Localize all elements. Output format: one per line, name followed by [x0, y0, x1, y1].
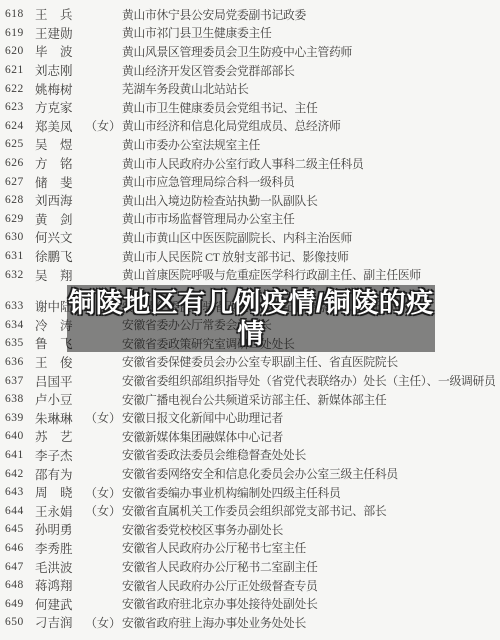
person-name: 储 斐	[35, 173, 85, 191]
person-name: 方 铭	[35, 154, 85, 172]
position-title: 安徽省委网络安全和信息化委员会办公室三级主任科员	[122, 465, 500, 482]
position-title: 安徽省直属机关工作委员会组织部党支部书记、部长	[122, 502, 500, 519]
person-name: 卢小豆	[35, 390, 85, 408]
table-row: 639 朱琳琳 （女） 安徽日报文化新闻中心助理记者	[0, 408, 500, 427]
table-row: 630 何兴文 黄山市黄山区中医医院副院长、内科主治医师	[0, 228, 500, 247]
row-number: 630	[5, 231, 35, 243]
table-row: 618 王 兵 黄山市休宁县公安局党委副书记政委	[0, 5, 500, 24]
position-title: 安徽省委保健委员会办公室专职副主任、省直医院院长	[122, 353, 500, 370]
position-title: 安徽省委政法委员会维稳督查处处长	[122, 446, 500, 463]
row-number: 642	[5, 468, 35, 480]
table-row: 643 周 晓 （女） 安徽省委编办事业机构编制处四级主任科员	[0, 483, 500, 502]
person-name: 毕 波	[35, 42, 85, 60]
position-title: 安徽省人民政府办公厅正处级督查专员	[122, 577, 500, 594]
table-row: 620 毕 波 黄山风景区管理委员会卫生防疫中心主管药师	[0, 42, 500, 61]
table-row: 626 方 铭 黄山市人民政府办公室行政人事科二级主任科员	[0, 154, 500, 173]
position-title: 安徽日报文化新闻中心助理记者	[122, 409, 500, 426]
position-title: 黄山市市场监督管理局办公室主任	[122, 210, 500, 227]
row-number: 628	[5, 194, 35, 206]
person-name: 刁吉润	[35, 613, 85, 631]
row-number: 637	[5, 375, 35, 387]
table-row: 623 方克家 黄山市卫生健康委员会党组书记、主任	[0, 98, 500, 117]
position-title: 黄山市应急管理局综合科一级科员	[122, 173, 500, 190]
caption-line-2: 情	[237, 319, 265, 350]
position-title: 黄山市委办公室法规室主任	[122, 136, 500, 153]
row-number: 626	[5, 157, 35, 169]
position-title: 黄山经济开发区管委会党群部部长	[122, 62, 500, 79]
row-number: 631	[5, 250, 35, 262]
position-title: 安徽广播电视台公共频道采访部主任、新媒体部主任	[122, 391, 500, 408]
table-row: 619 王建勋 黄山市祁门县卫生健康委主任	[0, 24, 500, 43]
gender-label: （女）	[85, 409, 122, 426]
person-name: 王 俊	[35, 353, 85, 371]
row-number: 635	[5, 337, 35, 349]
row-number: 649	[5, 598, 35, 610]
person-name: 李子杰	[35, 446, 85, 464]
person-name: 王建勋	[35, 24, 85, 42]
position-title: 安徽省人民政府办公厅秘书二室副主任	[122, 558, 500, 575]
table-row: 640 苏 艺 安徽新媒体集团融媒体中心记者	[0, 427, 500, 446]
table-row: 646 李秀胜 安徽省人民政府办公厅秘书七室主任	[0, 539, 500, 558]
row-number: 621	[5, 64, 35, 76]
person-name: 王永娟	[35, 502, 85, 520]
row-number: 627	[5, 176, 35, 188]
row-number: 634	[5, 319, 35, 331]
row-number: 624	[5, 120, 35, 132]
table-row: 641 李子杰 安徽省委政法委员会维稳督查处处长	[0, 446, 500, 465]
position-title: 黄山市休宁县公安局党委副书记政委	[122, 6, 500, 23]
table-row: 650 刁吉润 （女） 安徽省政府驻上海办事处业务处处长	[0, 613, 500, 632]
person-name: 王 兵	[35, 5, 85, 23]
gender-label: （女）	[85, 484, 122, 501]
person-name: 毛洪波	[35, 558, 85, 576]
position-title: 安徽省人民政府办公厅秘书七室主任	[122, 539, 500, 556]
position-title: 安徽省委编办事业机构编制处四级主任科员	[122, 484, 500, 501]
person-name: 吕国平	[35, 372, 85, 390]
position-title: 黄山市黄山区中医医院副院长、内科主治医师	[122, 229, 500, 246]
table-row: 631 徐鹏飞 黄山市人民医院 CT 放射支部书记、影像技师	[0, 247, 500, 266]
person-name: 何建武	[35, 595, 85, 613]
row-number: 623	[5, 101, 35, 113]
table-row: 627 储 斐 黄山市应急管理局综合科一级科员	[0, 172, 500, 191]
row-number: 640	[5, 430, 35, 442]
person-name: 黄 剑	[35, 210, 85, 228]
position-title: 黄山出入境边防检查站执勤一队副队长	[122, 192, 500, 209]
position-title: 黄山首康医院呼吸与危重症医学科行政副主任、副主任医师	[122, 266, 500, 283]
row-number: 620	[5, 45, 35, 57]
position-title: 安徽省政府驻北京办事处接待处副处长	[122, 595, 500, 612]
caption-overlay: 铜陵地区有几例疫情/铜陵的疫 情	[67, 285, 435, 352]
table-row: 628 刘西海 黄山出入境边防检查站执勤一队副队长	[0, 191, 500, 210]
position-title: 安徽省政府驻上海办事处业务处处长	[122, 614, 500, 631]
row-number: 632	[5, 269, 35, 281]
row-number: 648	[5, 579, 35, 591]
table-row: 644 王永娟 （女） 安徽省直属机关工作委员会组织部党支部书记、部长	[0, 501, 500, 520]
person-name: 吴 翔	[35, 266, 85, 284]
position-title: 安徽省委组织部组织指导处（省党代表联络办）处长（主任）、一级调研员	[122, 372, 500, 389]
caption-line-1: 铜陵地区有几例疫情/铜陵的疫	[68, 288, 434, 319]
person-name: 徐鹏飞	[35, 247, 85, 265]
table-row: 642 邵有为 安徽省委网络安全和信息化委员会办公室三级主任科员	[0, 464, 500, 483]
position-title: 黄山市人民政府办公室行政人事科二级主任科员	[122, 155, 500, 172]
person-name: 孙明勇	[35, 520, 85, 538]
row-number: 644	[5, 505, 35, 517]
person-name: 何兴文	[35, 228, 85, 246]
row-number: 641	[5, 449, 35, 461]
position-title: 黄山市卫生健康委员会党组书记、主任	[122, 99, 500, 116]
table-row: 629 黄 剑 黄山市市场监督管理局办公室主任	[0, 210, 500, 229]
position-title: 黄山市祁门县卫生健康委主任	[122, 24, 500, 41]
person-name: 李秀胜	[35, 539, 85, 557]
table-row: 621 刘志刚 黄山经济开发区管委会党群部部长	[0, 61, 500, 80]
table-row: 636 王 俊 安徽省委保健委员会办公室专职副主任、省直医院院长	[0, 353, 500, 372]
person-name: 蒋鸿翔	[35, 576, 85, 594]
person-name: 刘志刚	[35, 61, 85, 79]
person-name: 朱琳琳	[35, 409, 85, 427]
position-title: 黄山市人民医院 CT 放射支部书记、影像技师	[122, 248, 500, 265]
row-number: 650	[5, 616, 35, 628]
table-row: 647 毛洪波 安徽省人民政府办公厅秘书二室副主任	[0, 557, 500, 576]
table-row: 632 吴 翔 黄山首康医院呼吸与危重症医学科行政副主任、副主任医师	[0, 265, 500, 284]
person-name: 刘西海	[35, 191, 85, 209]
table-row: 624 郑美凤 （女） 黄山市经济和信息化局党组成员、总经济师	[0, 117, 500, 136]
table-row: 649 何建武 安徽省政府驻北京办事处接待处副处长	[0, 594, 500, 613]
person-name: 苏 艺	[35, 427, 85, 445]
person-name: 周 晓	[35, 483, 85, 501]
row-number: 647	[5, 561, 35, 573]
row-number: 622	[5, 83, 35, 95]
position-title: 安徽省委党校校区事务办副处长	[122, 521, 500, 538]
position-title: 黄山风景区管理委员会卫生防疫中心主管药师	[122, 43, 500, 60]
gender-label: （女）	[85, 117, 122, 134]
table-row: 648 蒋鸿翔 安徽省人民政府办公厅正处级督查专员	[0, 576, 500, 595]
gender-label: （女）	[85, 502, 122, 519]
person-name: 姚梅树	[35, 80, 85, 98]
row-number: 639	[5, 412, 35, 424]
table-row: 638 卢小豆 安徽广播电视台公共频道采访部主任、新媒体部主任	[0, 390, 500, 409]
gender-label: （女）	[85, 614, 122, 631]
table-row: 625 吴 煜 黄山市委办公室法规室主任	[0, 135, 500, 154]
row-number: 643	[5, 486, 35, 498]
document-page: 618 王 兵 黄山市休宁县公安局党委副书记政委 619 王建勋 黄山市祁门县卫…	[0, 0, 500, 640]
row-number: 618	[5, 8, 35, 20]
row-number: 633	[5, 300, 35, 312]
row-number: 625	[5, 138, 35, 150]
row-number: 629	[5, 213, 35, 225]
table-row: 645 孙明勇 安徽省委党校校区事务办副处长	[0, 520, 500, 539]
position-title: 芜湖车务段黄山北站站长	[122, 80, 500, 97]
person-name: 郑美凤	[35, 117, 85, 135]
row-number: 636	[5, 356, 35, 368]
row-number: 646	[5, 542, 35, 554]
table-row: 622 姚梅树 芜湖车务段黄山北站站长	[0, 79, 500, 98]
position-title: 安徽新媒体集团融媒体中心记者	[122, 428, 500, 445]
position-title: 黄山市经济和信息化局党组成员、总经济师	[122, 117, 500, 134]
row-number: 619	[5, 27, 35, 39]
person-name: 邵有为	[35, 465, 85, 483]
person-name: 吴 煜	[35, 135, 85, 153]
person-name: 方克家	[35, 98, 85, 116]
table-row: 637 吕国平 安徽省委组织部组织指导处（省党代表联络办）处长（主任）、一级调研…	[0, 371, 500, 390]
row-number: 645	[5, 523, 35, 535]
row-number: 638	[5, 393, 35, 405]
